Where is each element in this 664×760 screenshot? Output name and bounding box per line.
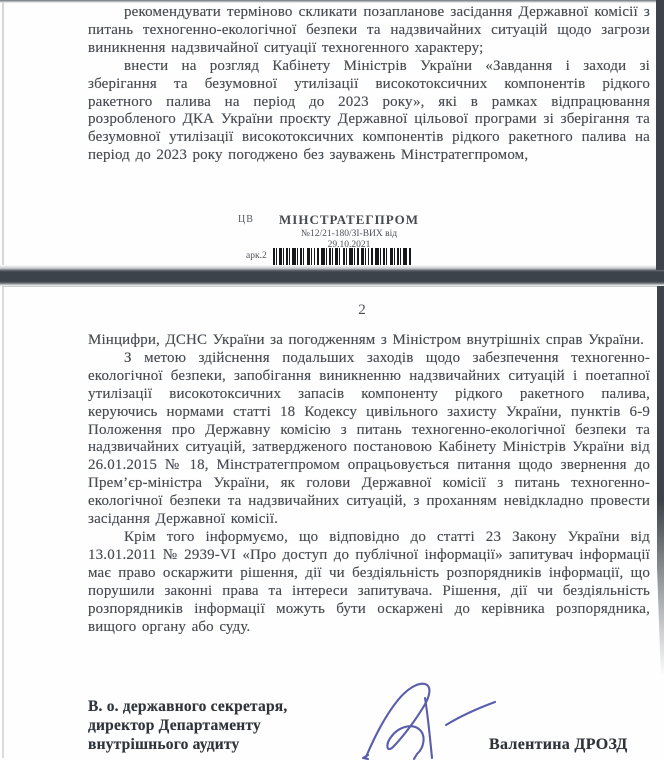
page-2-text-block: Мінцифри, ДСНС України за погодженням з … xyxy=(88,332,650,636)
handwritten-signature xyxy=(352,638,507,760)
scan-top-edge xyxy=(0,0,664,3)
paragraph: рекомендувати терміново скликати позапла… xyxy=(88,4,650,58)
signatory-title-line: директор Департаменту xyxy=(88,717,388,736)
paragraph: Крім того інформуємо, що відповідно до с… xyxy=(88,529,650,636)
signatory-name: Валентина ДРОЗД xyxy=(489,736,628,754)
stamp-organization: МІНСТРАТЕГПРОМ xyxy=(229,212,469,228)
signatory-title-line: внутрішнього аудиту xyxy=(88,736,388,755)
page-number: 2 xyxy=(352,302,372,319)
scan-left-edge-page2 xyxy=(2,287,4,758)
signatory-title-line: В. о. державного секретаря, xyxy=(88,698,388,717)
scan-left-edge-page1 xyxy=(2,2,4,265)
stamp-reference-number: №12/21-180/ЗІ-ВИХ від xyxy=(229,229,469,239)
stamp-sheet-label: арк.2 xyxy=(246,251,267,261)
paragraph: З метою здійснення подальших заходів щод… xyxy=(88,350,650,529)
scan-top-edge-page2 xyxy=(2,286,657,287)
page-1-text-block: рекомендувати терміново скликати позапла… xyxy=(88,4,650,165)
page-separator-band xyxy=(0,265,664,286)
paragraph: Мінцифри, ДСНС України за погодженням з … xyxy=(88,332,650,350)
scan-right-margin-page1 xyxy=(656,0,664,270)
scanned-letter-viewport: рекомендувати терміново скликати позапла… xyxy=(0,0,664,760)
paragraph: внести на розгляд Кабінету Міністрів Укр… xyxy=(88,58,650,165)
page-1-sheet: рекомендувати терміново скликати позапла… xyxy=(0,0,656,268)
registration-stamp: ЦВ МІНСТРАТЕГПРОМ №12/21-180/ЗІ-ВИХ від … xyxy=(229,210,469,268)
signatory-title-block: В. о. державного секретаря, директор Деп… xyxy=(88,698,388,754)
barcode xyxy=(273,248,412,266)
